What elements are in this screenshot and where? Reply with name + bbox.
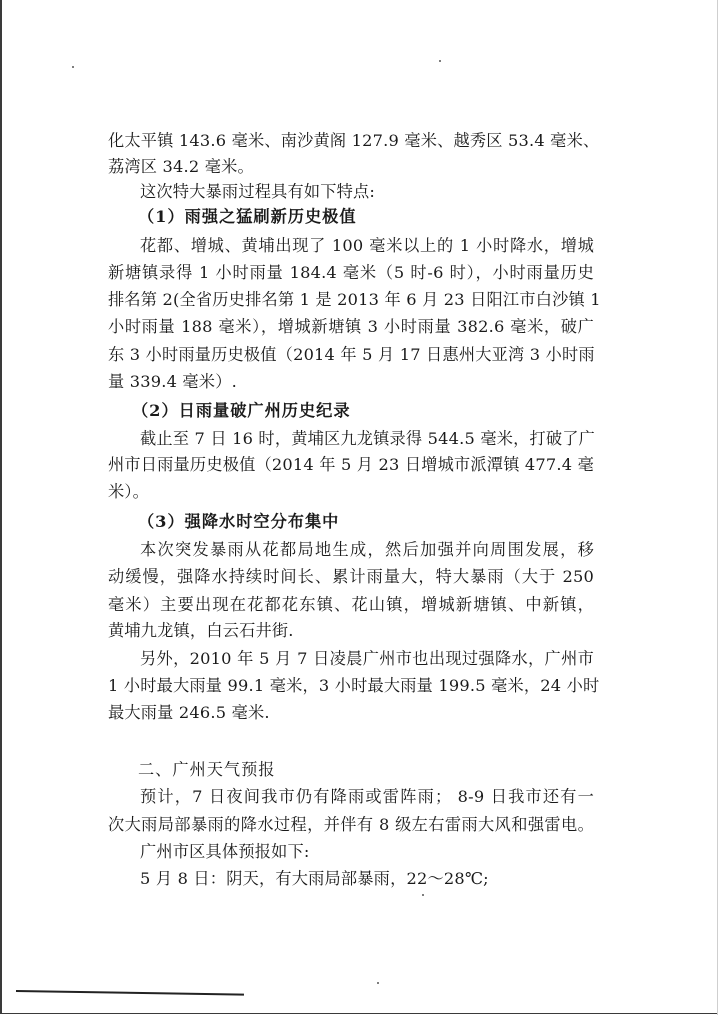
scan-speck xyxy=(422,894,424,896)
paragraph-continued-line-2: 荔湾区 34.2 毫米。 xyxy=(108,157,594,177)
paragraph-continued-line-1: 化太平镇 143.6 毫米、南沙黄阁 127.9 毫米、越秀区 53.4 毫米、 xyxy=(108,131,594,151)
scan-speck xyxy=(377,982,379,984)
feature-1-line-1: 花都、增城、黄埔出现了 100 毫米以上的 1 小时降水，增城 xyxy=(140,236,594,256)
feature-1-line-3: 排名第 2(全省历史排名第 1 是 2013 年 6 月 23 日阳江市白沙镇 … xyxy=(108,290,594,310)
feature-3-line-4: 黄埔九龙镇，白云石井街. xyxy=(108,621,594,641)
additional-line-3: 最大雨量 246.5 毫米. xyxy=(108,703,594,723)
footnote-rule-divider xyxy=(16,990,244,996)
feature-2-line-3: 米）。 xyxy=(108,482,594,502)
scan-speck xyxy=(439,60,441,62)
feature-2-line-2: 州市日雨量历史极值（2014 年 5 月 23 日增城市派潭镇 477.4 毫 xyxy=(108,455,594,475)
forecast-detail-intro: 广州市区具体预报如下: xyxy=(140,842,594,862)
additional-line-1: 另外，2010 年 5 月 7 日凌晨广州市也出现过强降水，广州市 xyxy=(140,649,594,669)
features-intro: 这次特大暴雨过程具有如下特点: xyxy=(140,182,594,202)
scan-speck xyxy=(72,66,74,68)
forecast-line-2: 次大雨局部暴雨的降水过程，并伴有 8 级左右雷雨大风和强雷电。 xyxy=(108,815,594,835)
section-2-title: 二、广州天气预报 xyxy=(138,760,276,780)
feature-2-heading: （2）日雨量破广州历史纪录 xyxy=(132,401,351,421)
feature-3-line-3: 毫米）主要出现在花都花东镇、花山镇，增城新塘镇、中新镇， xyxy=(108,595,594,615)
feature-1-line-2: 新塘镇录得 1 小时雨量 184.4 毫米（5 时-6 时），小时雨量历史 xyxy=(108,263,594,283)
feature-1-line-4: 小时雨量 188 毫米），增城新塘镇 3 小时雨量 382.6 毫米，破广 xyxy=(108,317,594,337)
feature-1-heading: （1）雨强之猛刷新历史极值 xyxy=(138,207,357,227)
forecast-line-1: 预计，7 日夜间我市仍有降雨或雷阵雨； 8-9 日我市还有一 xyxy=(140,787,594,807)
feature-3-line-2: 动缓慢，强降水持续时间长、累计雨量大，特大暴雨（大于 250 xyxy=(108,567,594,587)
feature-3-heading: （3）强降水时空分布集中 xyxy=(138,512,339,532)
feature-2-line-1: 截止至 7 日 16 时，黄埔区九龙镇录得 544.5 毫米，打破了广 xyxy=(140,429,594,449)
additional-line-2: 1 小时最大雨量 99.1 毫米，3 小时最大雨量 199.5 毫米，24 小时 xyxy=(108,676,594,696)
feature-1-line-5: 东 3 小时雨量历史极值（2014 年 5 月 17 日惠州大亚湾 3 小时雨 xyxy=(108,345,594,365)
scanned-document-page: 化太平镇 143.6 毫米、南沙黄阁 127.9 毫米、越秀区 53.4 毫米、… xyxy=(0,0,718,1014)
feature-3-line-1: 本次突发暴雨从花都局地生成，然后加强并向周围发展，移 xyxy=(140,540,594,560)
forecast-day-may-8: 5 月 8 日：阴天，有大雨局部暴雨，22～28℃; xyxy=(140,869,594,889)
feature-1-line-6: 量 339.4 毫米）. xyxy=(108,372,594,392)
